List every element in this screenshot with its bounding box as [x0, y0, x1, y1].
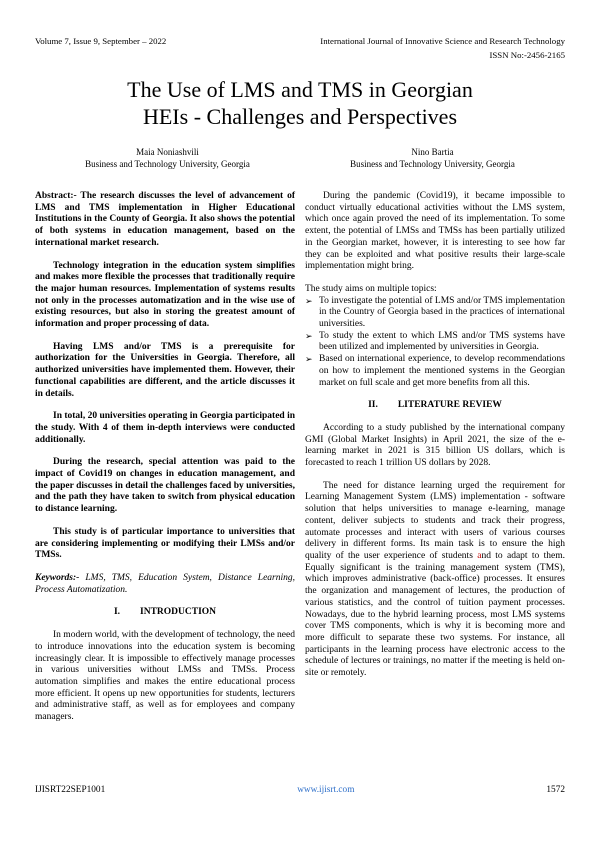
footer-website-link[interactable]: www.ijisrt.com — [297, 785, 354, 795]
keywords-label: Keywords:- — [35, 573, 79, 583]
paper-title-line2: HEIs - Challenges and Perspectives — [35, 103, 565, 130]
aims-bullet-list: ➢ To investigate the potential of LMS an… — [305, 296, 565, 390]
abstract-paragraph: This study is of particular importance t… — [35, 527, 295, 562]
author-1-name: Maia Noniashvili — [35, 147, 300, 159]
bullet-text: To investigate the potential of LMS and/… — [319, 296, 565, 331]
list-item: ➢ Based on international experience, to … — [305, 354, 565, 389]
abstract-paragraph: Abstract:- The research discusses the le… — [35, 191, 295, 250]
keywords: Keywords:- LMS, TMS, Education System, D… — [35, 573, 295, 596]
author-1-affiliation: Business and Technology University, Geor… — [35, 159, 300, 171]
page-header: Volume 7, Issue 9, September – 2022 Inte… — [35, 36, 565, 61]
bullet-text: To study the extent to which LMS and/or … — [319, 331, 565, 354]
list-item: ➢ To investigate the potential of LMS an… — [305, 296, 565, 331]
author-2-name: Nino Bartia — [300, 147, 565, 159]
section-title: INTRODUCTION — [140, 607, 216, 617]
author-1: Maia Noniashvili Business and Technology… — [35, 147, 300, 170]
bullet-text: Based on international experience, to de… — [319, 354, 565, 389]
arrow-bullet-icon: ➢ — [305, 296, 319, 331]
section-number: II. — [368, 400, 378, 410]
arrow-bullet-icon: ➢ — [305, 354, 319, 389]
paper-title-line1: The Use of LMS and TMS in Georgian — [35, 76, 565, 103]
footer-page-number: 1572 — [546, 785, 565, 795]
body-columns: Abstract:- The research discusses the le… — [35, 191, 565, 735]
paragraph-segment: nd to adapt to them. Equally significant… — [305, 551, 565, 678]
paper-title: The Use of LMS and TMS in Georgian HEIs … — [35, 76, 565, 130]
abstract-paragraph: In total, 20 universities operating in G… — [35, 411, 295, 446]
left-column: Abstract:- The research discusses the le… — [35, 191, 295, 735]
page-footer: IJISRT22SEP1001 www.ijisrt.com 1572 — [35, 785, 565, 795]
header-issn: ISSN No:-2456-2165 — [489, 50, 565, 60]
section-heading-introduction: I.INTRODUCTION — [35, 607, 295, 619]
gmi-paragraph: According to a study published by the in… — [305, 423, 565, 470]
paper-page: Volume 7, Issue 9, September – 2022 Inte… — [0, 0, 595, 842]
aims-lead: The study aims on multiple topics: — [305, 284, 565, 296]
authors-block: Maia Noniashvili Business and Technology… — [35, 147, 565, 170]
section-title: LITERATURE REVIEW — [398, 400, 502, 410]
header-volume-issue: Volume 7, Issue 9, September – 2022 — [35, 36, 166, 47]
abstract-paragraph: During the research, special attention w… — [35, 457, 295, 516]
section-heading-literature-review: II.LITERATURE REVIEW — [305, 400, 565, 412]
pandemic-paragraph: During the pandemic (Covid19), it became… — [305, 191, 565, 273]
intro-paragraph: In modern world, with the development of… — [35, 630, 295, 724]
lms-tms-paragraph: The need for distance learning urged the… — [305, 481, 565, 680]
header-journal-name: International Journal of Innovative Scie… — [320, 36, 565, 47]
section-number: I. — [114, 607, 120, 617]
paragraph-segment: The need for distance learning urged the… — [305, 481, 565, 561]
list-item: ➢ To study the extent to which LMS and/o… — [305, 331, 565, 354]
author-2-affiliation: Business and Technology University, Geor… — [300, 159, 565, 171]
footer-paper-id: IJISRT22SEP1001 — [35, 785, 105, 795]
author-2: Nino Bartia Business and Technology Univ… — [300, 147, 565, 170]
right-column: During the pandemic (Covid19), it became… — [305, 191, 565, 735]
abstract-paragraph: Having LMS and/or TMS is a prerequisite … — [35, 342, 295, 401]
arrow-bullet-icon: ➢ — [305, 331, 319, 354]
abstract-paragraph: Technology integration in the education … — [35, 261, 295, 331]
